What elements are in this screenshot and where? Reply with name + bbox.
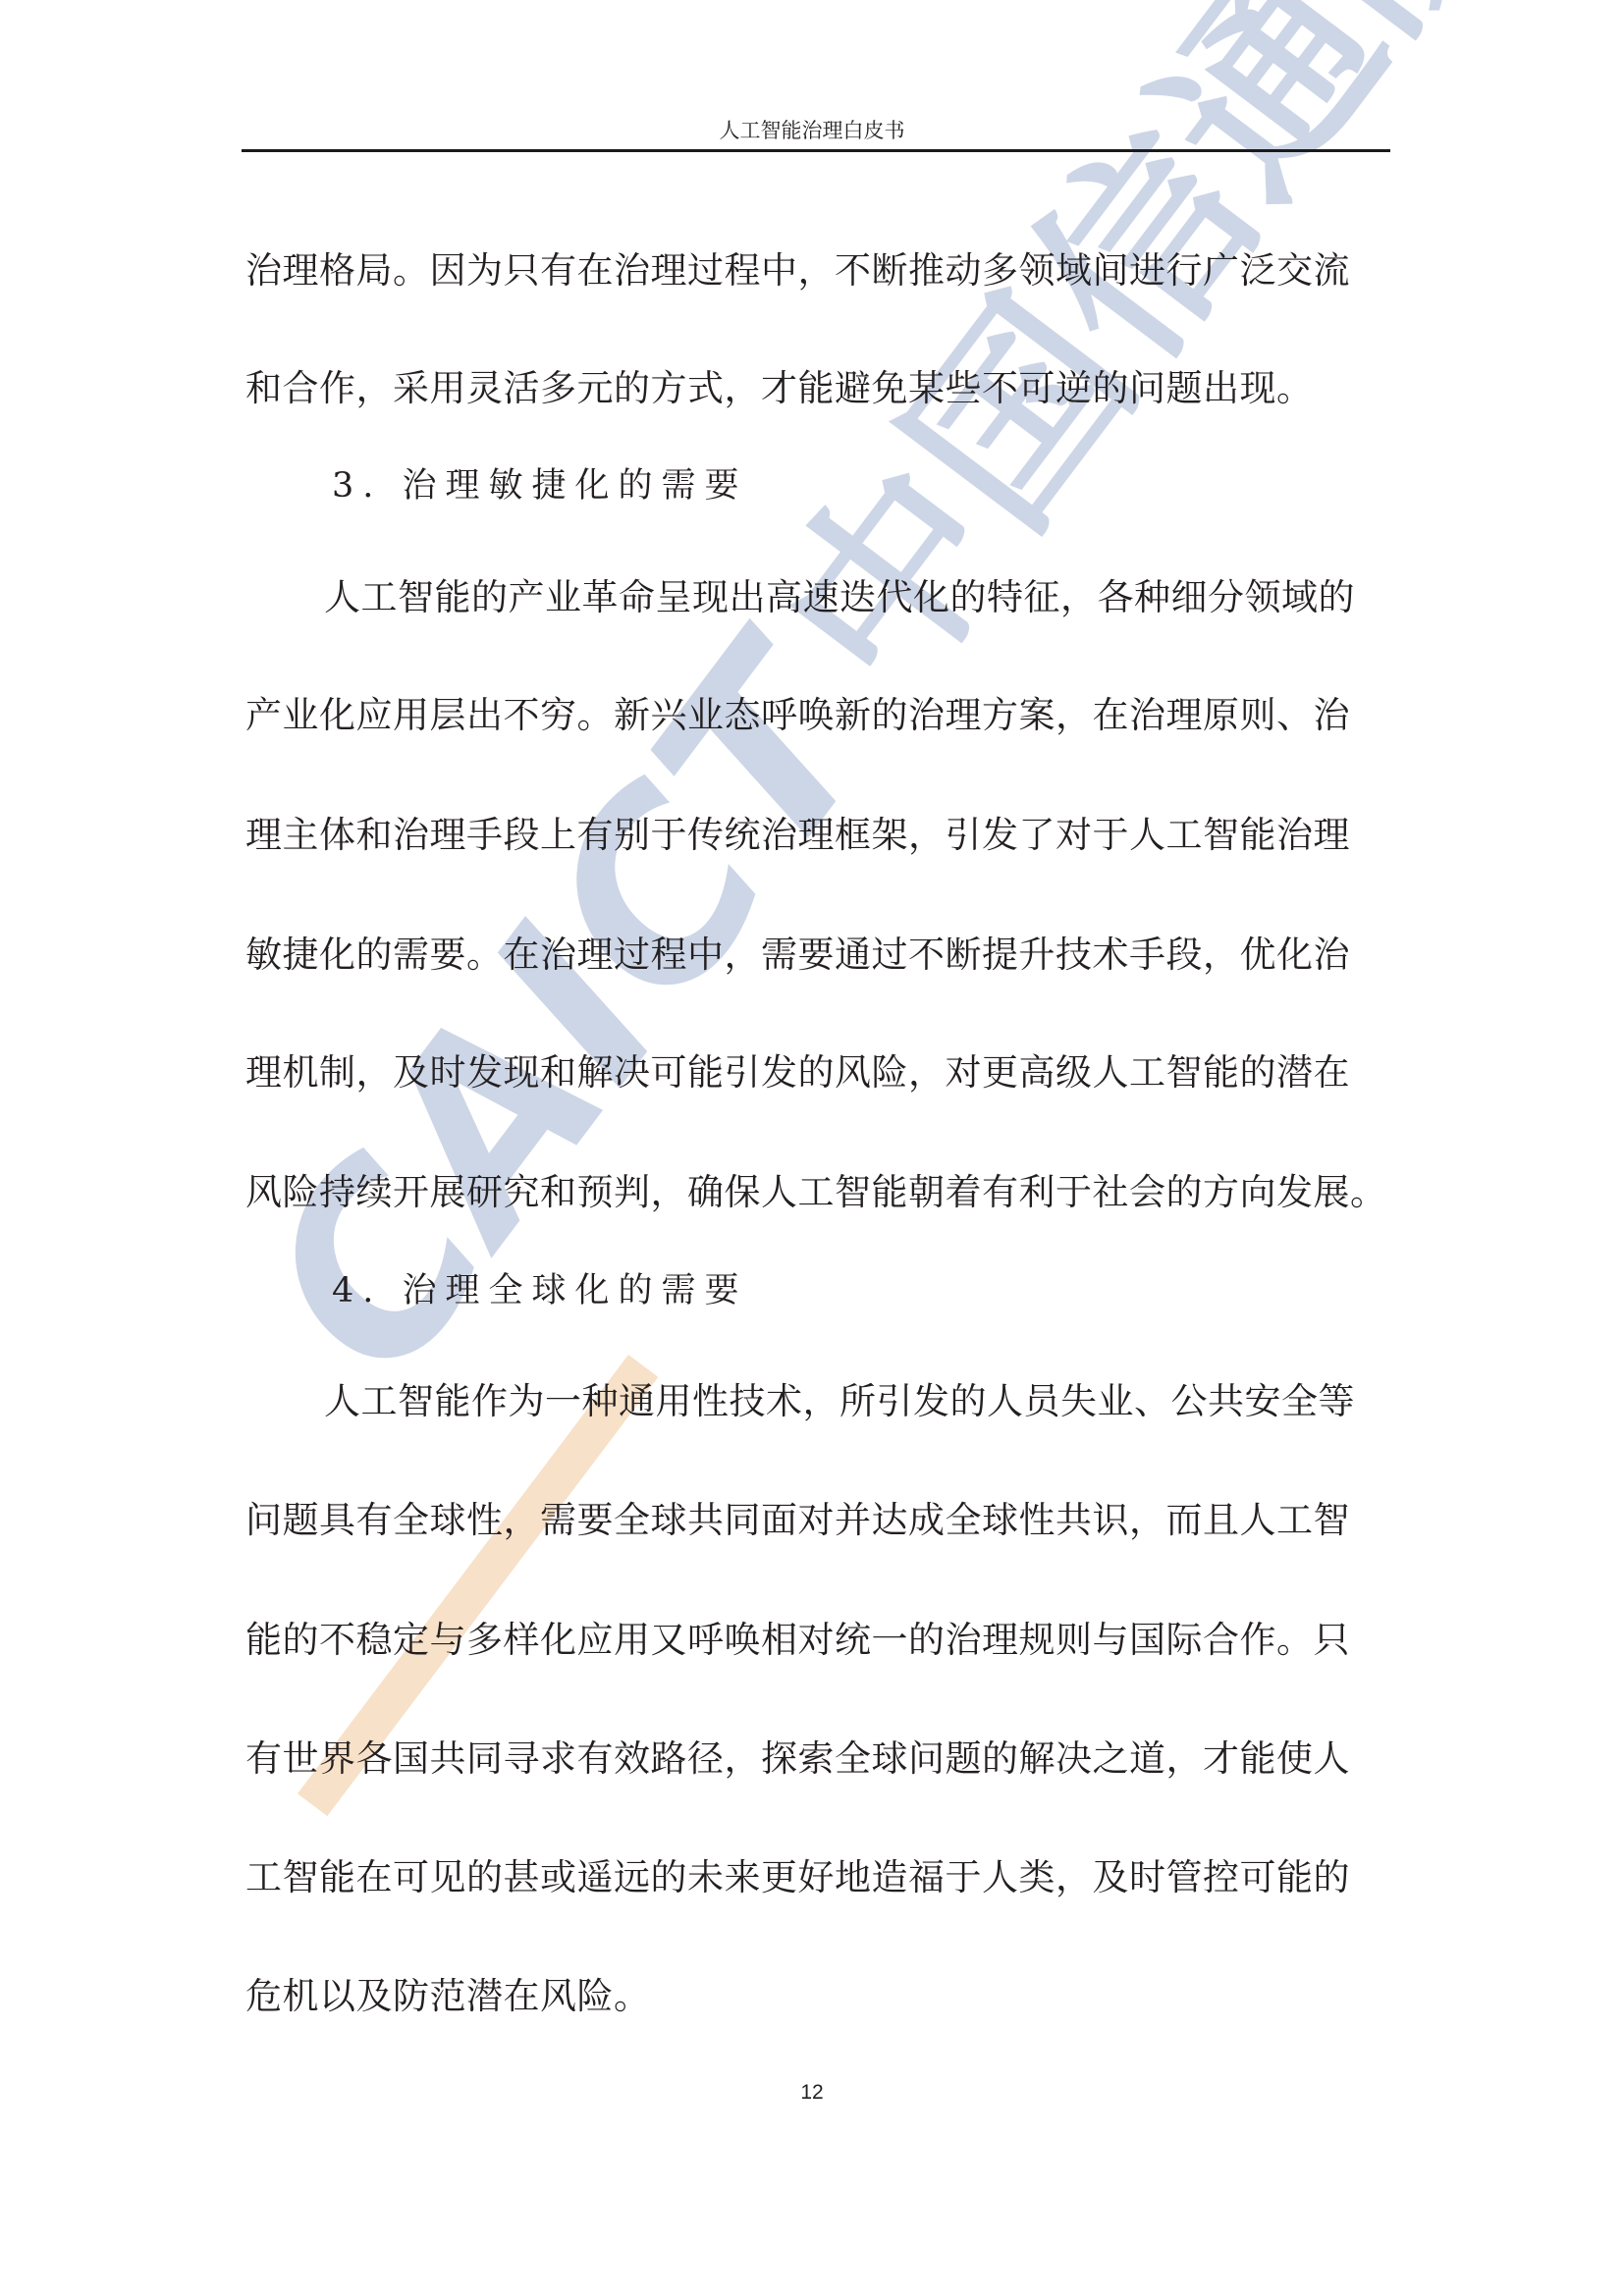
header-divider [242,149,1390,152]
running-header: 人工智能治理白皮书 [0,115,1624,144]
paragraph-line: 人工智能作为一种通用性技术，所引发的人员失业、公共安全等 [324,1371,1355,1424]
document-page: CAICT中国信通院 人工智能治理白皮书 治理格局。因为只有在治理过程中，不断推… [0,0,1624,2296]
paragraph-line: 有世界各国共同寻求有效路径，探索全球问题的解决之道，才能使人 [245,1729,1350,1782]
paragraph-line: 工智能在可见的甚或遥远的未来更好地造福于人类，及时管控可能的 [245,1847,1350,1900]
paragraph-line: 问题具有全球性，需要全球共同面对并达成全球性共识，而且人工智 [245,1490,1350,1543]
paragraph-line: 能的不稳定与多样化应用又呼唤相对统一的治理规则与国际合作。只 [245,1610,1350,1663]
paragraph-line: 危机以及防范潜在风险。 [245,1966,651,2019]
paragraph-line: 风险持续开展研究和预判，确保人工智能朝着有利于社会的方向发展。 [245,1162,1387,1215]
section-heading-3: 3. 治理敏捷化的需要 [332,458,748,507]
section-heading-4: 4. 治理全球化的需要 [332,1263,748,1312]
paragraph-line: 理主体和治理手段上有别于传统治理框架，引发了对于人工智能治理 [245,805,1350,858]
paragraph-line: 人工智能的产业革命呈现出高速迭代化的特征，各种细分领域的 [324,567,1355,620]
page-number: 12 [0,2081,1624,2105]
paragraph-line: 敏捷化的需要。在治理过程中，需要通过不断提升技术手段，优化治 [245,925,1350,978]
paragraph-line: 治理格局。因为只有在治理过程中，不断推动多领域间进行广泛交流 [245,240,1350,294]
caict-watermark: CAICT中国信通院 [0,0,1624,2296]
paragraph-line: 理机制，及时发现和解决可能引发的风险，对更高级人工智能的潜在 [245,1042,1350,1095]
paragraph-line: 产业化应用层出不穷。新兴业态呼唤新的治理方案，在治理原则、治 [245,685,1350,738]
paragraph-line: 和合作，采用灵活多元的方式，才能避免某些不可逆的问题出现。 [245,358,1314,411]
